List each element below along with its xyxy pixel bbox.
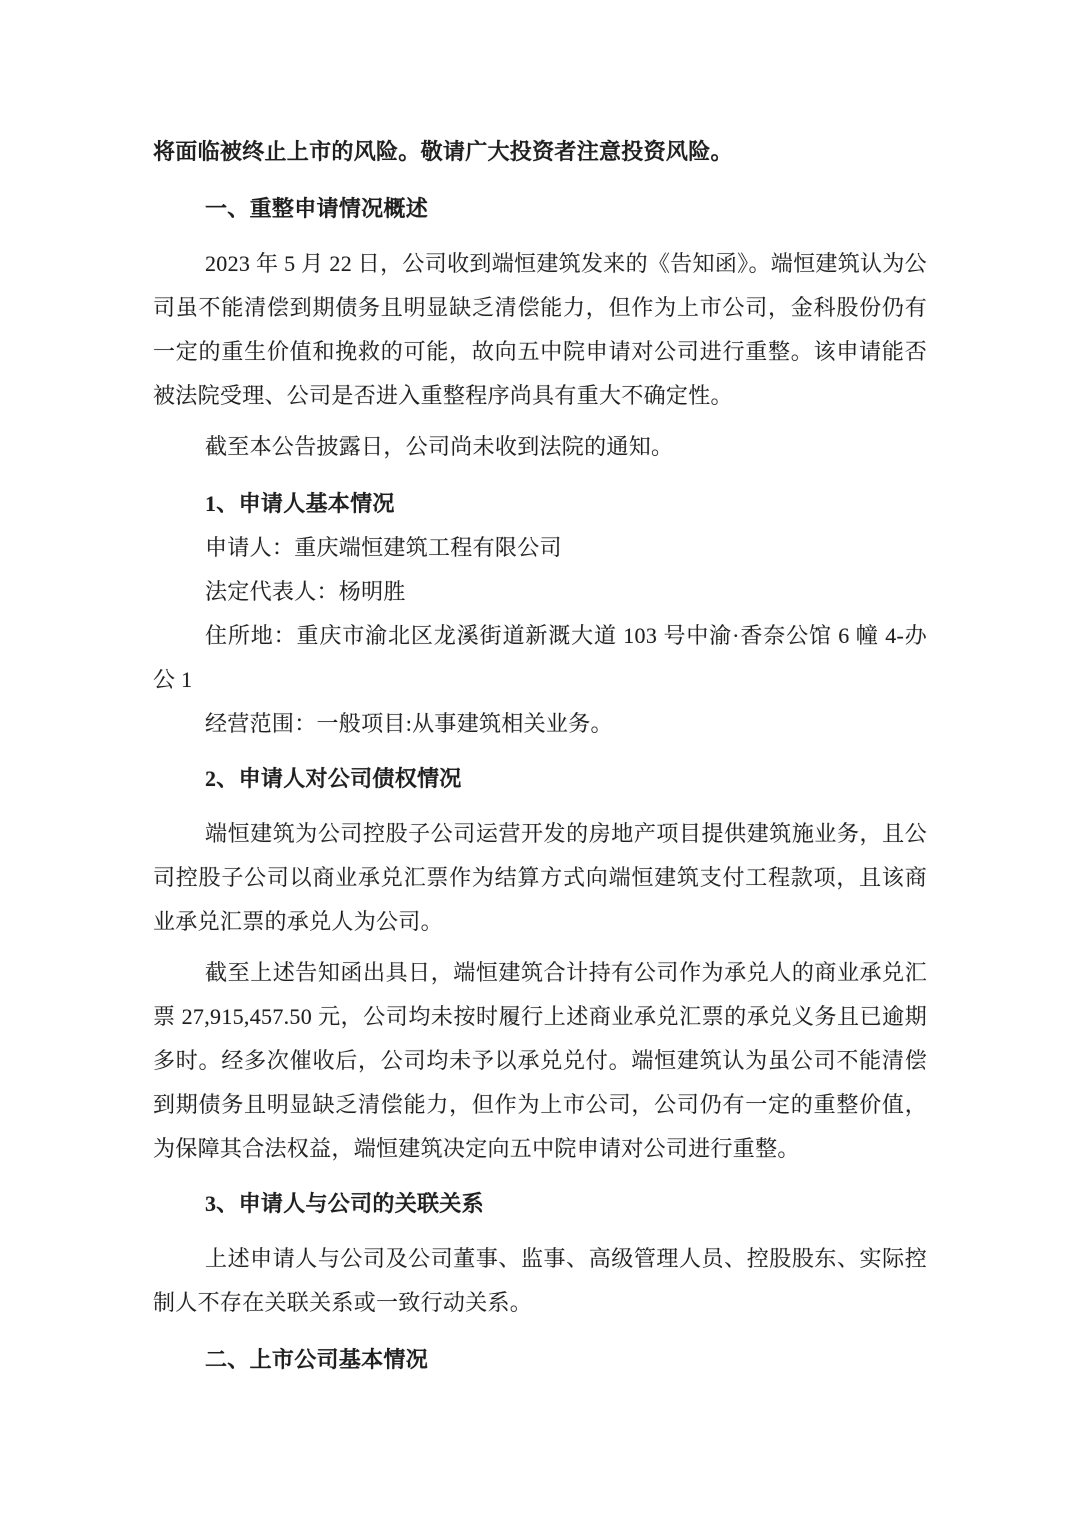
paragraph-affiliation-statement: 上述申请人与公司及公司董事、监事、高级管理人员、控股股东、实际控制人不存在关联关… bbox=[153, 1237, 927, 1325]
subsection-heading-applicant-basic-info: 1、申请人基本情况 bbox=[153, 482, 927, 526]
subsection-heading-applicant-claims: 2、申请人对公司债权情况 bbox=[153, 757, 927, 801]
field-business-scope: 经营范围：一般项目:从事建筑相关业务。 bbox=[153, 702, 927, 746]
subsection-heading-affiliation-relationship: 3、申请人与公司的关联关系 bbox=[153, 1182, 927, 1226]
continuation-risk-warning-line: 将面临被终止上市的风险。敬请广大投资者注意投资风险。 bbox=[153, 130, 927, 174]
section-heading-restructuring-overview: 一、重整申请情况概述 bbox=[153, 187, 927, 231]
field-registered-address: 住所地：重庆市渝北区龙溪街道新溉大道 103 号中渝·香奈公馆 6 幢 4-办公… bbox=[153, 614, 927, 702]
field-applicant-name: 申请人：重庆端恒建筑工程有限公司 bbox=[153, 526, 927, 570]
section-heading-listed-company-basic-info: 二、上市公司基本情况 bbox=[153, 1338, 927, 1382]
paragraph-claims-background: 端恒建筑为公司控股子公司运营开发的房地产项目提供建筑施业务，且公司控股子公司以商… bbox=[153, 812, 927, 944]
document-page: 将面临被终止上市的风险。敬请广大投资者注意投资风险。 一、重整申请情况概述 20… bbox=[0, 0, 1080, 1527]
paragraph-claims-amount-and-default: 截至上述告知函出具日，端恒建筑合计持有公司作为承兑人的商业承兑汇票 27,915… bbox=[153, 951, 927, 1171]
paragraph-court-notice-status: 截至本公告披露日，公司尚未收到法院的通知。 bbox=[153, 425, 927, 469]
paragraph-notice-letter-received: 2023 年 5 月 22 日，公司收到端恒建筑发来的《告知函》。端恒建筑认为公… bbox=[153, 242, 927, 418]
field-legal-representative: 法定代表人：杨明胜 bbox=[153, 570, 927, 614]
